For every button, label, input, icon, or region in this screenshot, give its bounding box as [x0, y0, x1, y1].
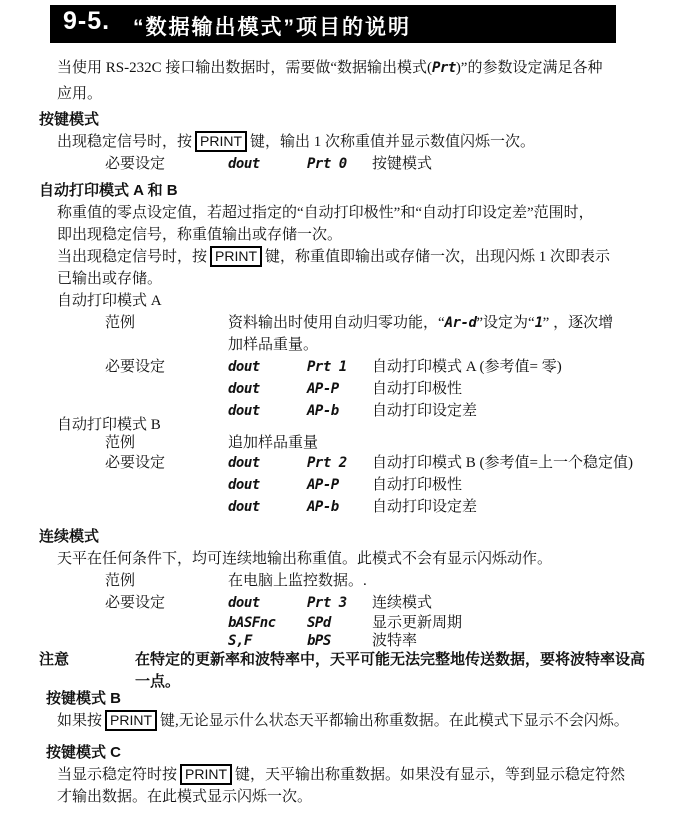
key-mode-b-line: 如果按PRINT键,无论显示什么状态天平都输出称重数据。在此模式下显示不会闪烁。	[57, 710, 629, 732]
setting-code-1: dout	[228, 592, 307, 614]
note-line1: 在特定的更新率和波特率中，天平可能无法完整地传送数据，要将波特率设高	[135, 651, 645, 668]
mode-a-example-row: 范例资料输出时使用自动归零功能，“Ar-d”设定为“1” ，逐次增	[105, 312, 613, 334]
print-key: PRINT	[105, 710, 157, 731]
key-mode-c-line2: 才输出数据。在此模式显示闪烁一次。	[57, 786, 312, 808]
intro-text-line2: 应用。	[57, 86, 102, 102]
setting-desc: 自动打印模式 A (参考值= 零)	[372, 359, 562, 375]
mode-b-example-row: 范例追加样品重量	[105, 432, 318, 454]
setting-code-2: AP-b	[307, 400, 372, 422]
print-key: PRINT	[195, 131, 247, 152]
intro-text-post: )”的参数设定满足各种	[456, 60, 603, 76]
intro-text-pre: 当使用 RS-232C 接口输出数据时，需要做“数据输出模式(	[57, 60, 432, 76]
settings-label: 必要设定	[105, 153, 228, 175]
setting-code-1: dout	[228, 474, 307, 496]
auto-print-para1-line2: 即出现稳定信号，称重值输出或存储一次。	[57, 224, 342, 246]
manual-page: 9-5. “数据输出模式”项目的说明 当使用 RS-232C 接口输出数据时，需…	[0, 0, 679, 813]
setting-code-1: dout	[228, 356, 307, 378]
continuous-body: 天平在任何条件下，均可连续地输出称重值。此模式不会有显示闪烁动作。	[57, 548, 552, 570]
setting-code-2: Prt 3	[307, 592, 372, 614]
heading-key-mode-c: 按键模式 C	[46, 742, 121, 764]
note-row: 注意在特定的更新率和波特率中，天平可能无法完整地传送数据，要将波特率设高	[39, 649, 645, 671]
setting-desc: 显示更新周期	[372, 615, 462, 631]
setting-desc: 按键模式	[372, 156, 432, 172]
setting-code-2: AP-P	[307, 474, 372, 496]
key-mode-text-pre: 出现稳定信号时，按	[57, 134, 192, 150]
setting-code-1: dout	[228, 496, 307, 518]
example-label: 范例	[105, 570, 228, 592]
example-pre: 资料输出时使用自动归零功能，“	[228, 315, 445, 331]
key-mode-c-text-post: 键，天平输出称重数据。如果没有显示，等到显示稳定符然	[235, 767, 625, 783]
setting-code-2: AP-b	[307, 496, 372, 518]
section-header-bar: 9-5. “数据输出模式”项目的说明	[50, 5, 616, 43]
settings-label: 必要设定	[105, 452, 228, 474]
example-mid: ”设定为“	[476, 315, 534, 331]
print-key: PRINT	[210, 246, 262, 267]
setting-desc: 自动打印设定差	[372, 499, 477, 515]
example-label: 范例	[105, 312, 228, 334]
mode-b-setting-row: doutAP-b自动打印设定差	[105, 496, 477, 518]
example-text: 在电脑上监控数据。.	[228, 573, 367, 589]
setting-code-1: dout	[228, 452, 307, 474]
example-label: 范例	[105, 432, 228, 454]
mode-a-example-line2: 加样品重量。	[228, 334, 318, 356]
continuous-setting-row: 必要设定doutPrt 3连续模式	[105, 592, 432, 614]
note-label: 注意	[39, 649, 135, 671]
example-post: ” ，逐次增	[543, 315, 613, 331]
auto-print-text-pre: 当出现稳定信号时，按	[57, 249, 207, 265]
auto-print-text-post: 键，称重值即输出或存储一次，出现闪烁 1 次即表示	[265, 249, 610, 265]
setting-desc: 自动打印极性	[372, 381, 462, 397]
settings-label: 必要设定	[105, 356, 228, 378]
heading-key-mode: 按键模式	[39, 109, 99, 131]
section-title: “数据输出模式”项目的说明	[133, 11, 411, 41]
setting-desc: 波特率	[372, 633, 417, 649]
section-number: 9-5.	[63, 7, 110, 36]
mode-a-setting-row: 必要设定doutPrt 1自动打印模式 A (参考值= 零)	[105, 356, 562, 378]
example-text: 追加样品重量	[228, 435, 318, 451]
prt-code: Prt	[432, 60, 456, 76]
heading-continuous: 连续模式	[39, 526, 99, 548]
key-mode-text-post: 键，输出 1 次称重值并显示数值闪烁一次。	[250, 134, 535, 150]
settings-label: 必要设定	[105, 592, 228, 614]
setting-code-1: dout	[228, 153, 307, 175]
note-line2: 一点。	[135, 671, 180, 693]
heading-key-mode-b: 按键模式 B	[46, 688, 121, 710]
setting-code-2: Prt 2	[307, 452, 372, 474]
auto-print-para2-line2: 已输出或存储。	[57, 268, 162, 290]
mode-b-setting-row: doutAP-P自动打印极性	[105, 474, 462, 496]
ard-code: Ar-d	[445, 315, 477, 331]
continuous-example-row: 范例在电脑上监控数据。.	[105, 570, 367, 592]
key-mode-c-line1: 当显示稳定符时按PRINT键，天平输出称重数据。如果没有显示，等到显示稳定符然	[57, 764, 625, 786]
setting-desc: 连续模式	[372, 595, 432, 611]
setting-code-2: Prt 0	[307, 153, 372, 175]
setting-code-1: dout	[228, 400, 307, 422]
mode-a-setting-row: doutAP-P自动打印极性	[105, 378, 462, 400]
setting-desc: 自动打印设定差	[372, 403, 477, 419]
example-text: 资料输出时使用自动归零功能，“Ar-d”设定为“1” ，逐次增	[228, 315, 613, 331]
auto-print-para2-line1: 当出现稳定信号时，按PRINT键，称重值即输出或存储一次，出现闪烁 1 次即表示	[57, 246, 610, 268]
key-mode-c-text-pre: 当显示稳定符时按	[57, 767, 177, 783]
intro-paragraph: 当使用 RS-232C 接口输出数据时，需要做“数据输出模式(Prt)”的参数设…	[57, 55, 632, 107]
key-mode-setting-row: 必要设定doutPrt 0按键模式	[105, 153, 432, 175]
auto-print-para1-line1: 称重值的零点设定值，若超过指定的“自动打印极性”和“自动打印设定差”范围时，	[57, 202, 594, 224]
subheading-auto-print-a: 自动打印模式 A	[57, 290, 162, 312]
heading-auto-print: 自动打印模式 A 和 B	[39, 180, 178, 202]
mode-b-setting-row: 必要设定doutPrt 2自动打印模式 B (参考值=上一个稳定值)	[105, 452, 633, 474]
key-mode-b-text-pre: 如果按	[57, 713, 102, 729]
setting-code-1: dout	[228, 378, 307, 400]
value-1-code: 1	[535, 315, 543, 331]
print-key: PRINT	[180, 764, 232, 785]
setting-desc: 自动打印极性	[372, 477, 462, 493]
setting-desc: 自动打印模式 B (参考值=上一个稳定值)	[372, 455, 633, 471]
setting-code-2: AP-P	[307, 378, 372, 400]
key-mode-line: 出现稳定信号时，按PRINT键，输出 1 次称重值并显示数值闪烁一次。	[57, 131, 535, 153]
setting-code-2: Prt 1	[307, 356, 372, 378]
key-mode-b-text-post: 键,无论显示什么状态天平都输出称重数据。在此模式下显示不会闪烁。	[160, 713, 629, 729]
